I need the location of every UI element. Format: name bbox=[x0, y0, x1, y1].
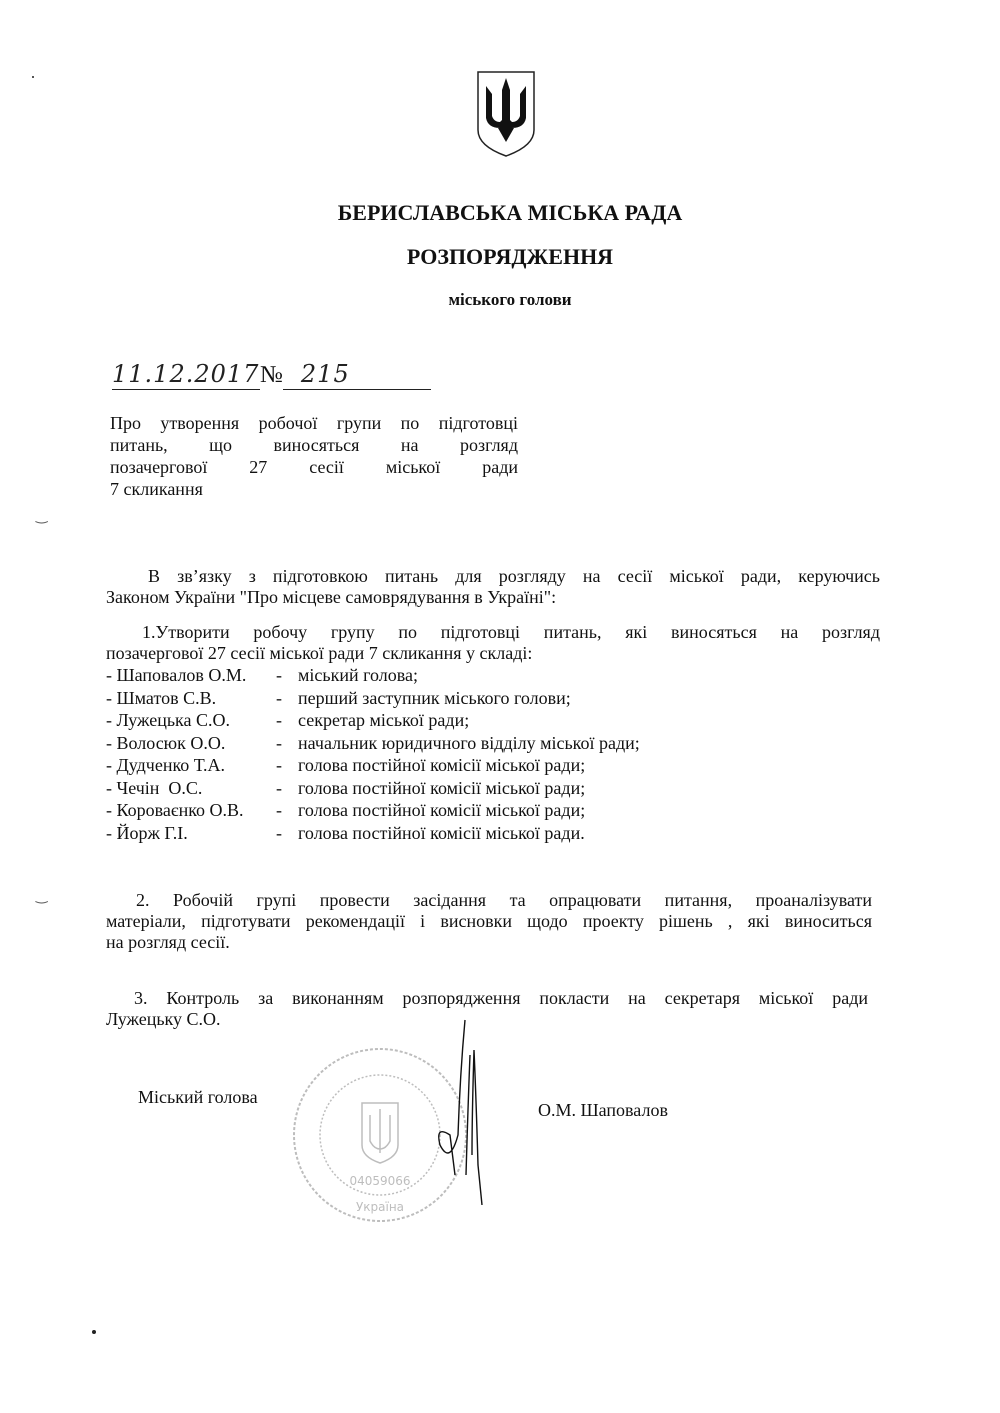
member-role: начальник юридичного відділу міської рад… bbox=[298, 732, 640, 755]
member-row: - Чечін О.С.-голова постійної комісії мі… bbox=[106, 777, 640, 800]
member-role: голова постійної комісії міської ради. bbox=[298, 822, 585, 845]
document-type: РОЗПОРЯДЖЕННЯ bbox=[10, 244, 1000, 270]
member-row: - Короваєнко О.В.-голова постійної коміс… bbox=[106, 799, 640, 822]
preamble: В зв’язку з підготовкою питань для розгл… bbox=[106, 566, 880, 608]
signatory-position: Міський голова bbox=[138, 1087, 258, 1108]
member-name: - Дудченко Т.А. bbox=[106, 754, 276, 777]
handwritten-signature bbox=[430, 1015, 490, 1205]
member-role: голова постійної комісії міської ради; bbox=[298, 777, 585, 800]
document-issuer: міського голови bbox=[10, 290, 1000, 310]
member-name: - Короваєнко О.В. bbox=[106, 799, 276, 822]
number-label: № bbox=[260, 362, 283, 388]
scan-dot bbox=[32, 76, 34, 78]
seal-code: 04059066 bbox=[349, 1174, 410, 1188]
member-row: - Дудченко Т.А.-голова постійної комісії… bbox=[106, 754, 640, 777]
item-2-line: матеріали, підготувати рекомендації і ви… bbox=[106, 911, 872, 932]
subject-line: Про утворення робочої групи по підготовц… bbox=[110, 412, 518, 434]
member-row: - Лужецька С.О.-секретар міської ради; bbox=[106, 709, 640, 732]
document-subject: Про утворення робочої групи по підготовц… bbox=[110, 412, 518, 500]
preamble-line: Законом України "Про місцеве самоврядува… bbox=[106, 587, 880, 608]
member-role: міський голова; bbox=[298, 664, 418, 687]
member-row: - Шматов С.В.-перший заступник міського … bbox=[106, 687, 640, 710]
member-role: голова постійної комісії міської ради; bbox=[298, 754, 585, 777]
preamble-line: В зв’язку з підготовкою питань для розгл… bbox=[106, 566, 880, 587]
date-field: 11.12.2017 bbox=[112, 360, 260, 390]
item-1: 1.Утворити робочу групу по підготовці пи… bbox=[106, 622, 880, 664]
item-1-line: позачергової 27 сесії міської ради 7 скл… bbox=[106, 643, 880, 664]
member-name: - Чечін О.С. bbox=[106, 777, 276, 800]
member-name: - Волосюк О.О. bbox=[106, 732, 276, 755]
item-3-line: 3. Контроль за виконанням розпорядження … bbox=[106, 988, 868, 1009]
date-value: 11.12.2017 bbox=[112, 360, 259, 388]
subject-line: 7 скликання bbox=[110, 478, 518, 500]
member-role: перший заступник міського голови; bbox=[298, 687, 571, 710]
member-role: секретар міської ради; bbox=[298, 709, 469, 732]
member-role: голова постійної комісії міської ради; bbox=[298, 799, 585, 822]
trident-coat-of-arms-icon bbox=[474, 68, 538, 158]
member-name: - Шаповалов О.М. bbox=[106, 664, 276, 687]
registration-line: 11.12.2017№215 bbox=[112, 360, 431, 390]
item-2-line: на розгляд сесії. bbox=[106, 932, 872, 953]
member-name: - Йорж Г.І. bbox=[106, 822, 276, 845]
member-name: - Шматов С.В. bbox=[106, 687, 276, 710]
member-row: - Волосюк О.О.-начальник юридичного відд… bbox=[106, 732, 640, 755]
item-2: 2. Робочій групі провести засідання та о… bbox=[106, 890, 872, 953]
members-list: - Шаповалов О.М.-міський голова; - Шмато… bbox=[106, 664, 640, 844]
scan-dot bbox=[92, 1330, 96, 1334]
scan-mark: ‿ bbox=[36, 508, 47, 525]
subject-line: питань, що виносяться на розгляд bbox=[110, 434, 518, 456]
subject-line: позачергової 27 сесії міської ради bbox=[110, 456, 518, 478]
member-name: - Лужецька С.О. bbox=[106, 709, 276, 732]
item-2-line: 2. Робочій групі провести засідання та о… bbox=[106, 890, 872, 911]
council-name: БЕРИСЛАВСЬКА МІСЬКА РАДА bbox=[10, 200, 1000, 226]
member-row: - Шаповалов О.М.-міський голова; bbox=[106, 664, 640, 687]
scan-mark: ‿ bbox=[36, 888, 47, 905]
member-row: - Йорж Г.І.-голова постійної комісії міс… bbox=[106, 822, 640, 845]
number-value: 215 bbox=[301, 360, 350, 388]
signatory-name: О.М. Шаповалов bbox=[538, 1100, 668, 1121]
number-field: 215 bbox=[283, 360, 431, 390]
seal-country: Україна bbox=[356, 1200, 404, 1214]
item-1-line: 1.Утворити робочу групу по підготовці пи… bbox=[106, 622, 880, 643]
